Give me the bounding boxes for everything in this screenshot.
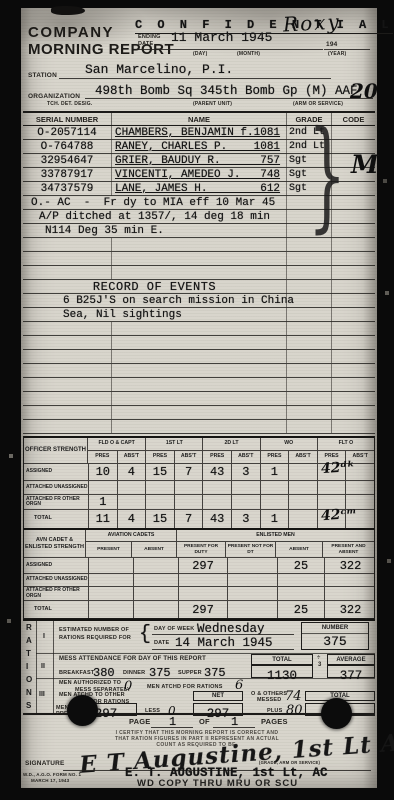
value-cell: 1 (260, 510, 289, 528)
officer-group-header-row: FLD O & CAPT 1ST LT 2D LT WO FLT O (88, 438, 374, 451)
value-cell (288, 464, 317, 480)
value-cell: 322 (324, 601, 376, 618)
row-label: ATTACHED UNASSIGNED (24, 481, 88, 494)
pres-header: PRES (202, 451, 231, 463)
blank-cell (331, 266, 375, 279)
value-cell: 10 (88, 464, 117, 480)
value-cell: 3 (231, 464, 260, 480)
enlisted-attached-fr-other-row: ATTACHED FR OTHER ORGN (24, 587, 374, 601)
average-label: AVERAGE (328, 655, 374, 663)
blank-cell (286, 420, 331, 433)
rations-vertical-letter: T (26, 650, 31, 658)
blank-cell (286, 336, 331, 349)
blank-cell (111, 252, 286, 265)
value-cell (227, 601, 277, 618)
enlisted-total-row: TOTAL 297 25 322 (24, 601, 374, 618)
enlisted-subheader-row: PRESENT ABSENT PRESENT FOR DUTY PRESENT … (86, 542, 374, 557)
total-label: TOTAL (252, 655, 312, 663)
row-label: ASSIGNED (24, 558, 88, 573)
ruled-row (23, 336, 375, 350)
blank-cell (331, 294, 375, 308)
ruled-row (23, 406, 375, 420)
value-cell (288, 510, 317, 528)
rule-line (324, 49, 370, 50)
month-hint: (MONTH) (237, 52, 260, 58)
blank-cell (111, 392, 286, 405)
ruled-row (23, 266, 375, 280)
average-label-box: AVERAGE (327, 654, 375, 665)
value-cell (117, 481, 146, 494)
ruled-row (23, 392, 375, 406)
pages-number: 1 (231, 715, 238, 729)
enlisted-strength-label: AVN CADET & ENLISTED STRENGTH (24, 530, 86, 557)
blank-cell (23, 322, 111, 335)
blank-cell (111, 406, 286, 419)
mess-attendance-heading: MESS ATTENDANCE FOR DAY OF THIS REPORT (59, 656, 206, 663)
value-cell (231, 481, 260, 494)
plus-label: PLUS (267, 708, 282, 714)
form-number-line2: MARCH 17, 1943 (31, 778, 69, 783)
group-header: 1ST LT (145, 438, 202, 450)
value-cell (88, 574, 133, 586)
year-stub: 194 (326, 41, 337, 48)
blank-cell (331, 280, 375, 294)
remark-text: N114 Deg 35 min E. (23, 224, 286, 238)
handwritten-brace: } (308, 116, 346, 236)
abst-header: ABS'T (288, 451, 317, 463)
signature-label: SIGNATURE (25, 760, 65, 767)
mess-separately-value: 0 (124, 679, 132, 694)
blank-cell (23, 392, 111, 405)
ruled-row (23, 350, 375, 364)
station-label: STATION (28, 72, 57, 79)
value-cell (227, 587, 277, 600)
station-value: San Marcelino, P.I. (85, 62, 233, 77)
abst-header: ABS'T (117, 451, 146, 463)
ruled-row (23, 252, 375, 266)
handwritten-code-m: M (351, 150, 379, 179)
value-cell (345, 481, 374, 494)
name-cell: LANE, JAMES H. 612 (111, 182, 286, 196)
col-header: ABSENT (131, 542, 176, 557)
value-cell (88, 481, 117, 494)
handwritten-flt-o-total: 42ᶜᵐ (320, 506, 357, 524)
value-cell: 11 (88, 510, 117, 528)
value-cell (288, 481, 317, 494)
remark-text: O.- AC - Fr dy to MIA eff 10 Mar 45 (23, 196, 286, 210)
total-label-box: TOTAL (251, 654, 313, 665)
blank-cell (23, 364, 111, 377)
remark-text: A/P ditched at 1357/, 14 deg 18 min (23, 210, 286, 224)
group-header: FLD O & CAPT (88, 438, 145, 450)
rule-line (36, 621, 37, 713)
blank-cell (23, 336, 111, 349)
group-header: AVIATION CADETS (86, 530, 176, 541)
organization-label: ORGANIZATION (28, 93, 80, 100)
men-present-value: 297 (95, 707, 118, 721)
blank-cell (111, 266, 286, 279)
value-cell (202, 495, 231, 509)
number-value: 375 (302, 634, 368, 649)
ruled-row (23, 364, 375, 378)
organization-value: 498th Bomb Sq 345th Bomb Gp (M) AAF (95, 84, 358, 98)
rations-estimate-label2: RATIONS REQUIRED FOR (59, 635, 131, 641)
rule-line (85, 98, 373, 99)
authorized-label1: MEN AUTHORIZED TO (59, 680, 121, 686)
value-cell (88, 601, 133, 618)
blank-cell (331, 378, 375, 391)
blank-cell (111, 336, 286, 349)
value-cell: 3 (231, 510, 260, 528)
net-value: 297 (207, 707, 230, 721)
mess-total-box: 1130 (251, 665, 313, 678)
rations-vertical-letter: I (26, 663, 28, 671)
day-hint: (DAY) (193, 52, 207, 58)
name-cell: VINCENTI, AMEDEO J. 748 (111, 168, 286, 182)
blank-cell (331, 350, 375, 363)
dinner-value: 375 (149, 666, 171, 680)
value-cell: 297 (178, 558, 227, 573)
rations-date-label: DATE (154, 640, 169, 646)
group-header: WO (260, 438, 317, 450)
rule-line (36, 653, 375, 654)
rule-line (59, 78, 331, 79)
value-cell (174, 481, 203, 494)
section-numeral: II (41, 663, 45, 670)
net-label-box: NET (193, 691, 243, 701)
date-label: DATE (138, 41, 153, 47)
supper-value: 375 (204, 666, 226, 680)
enlisted-strength-header: AVN CADET & ENLISTED STRENGTH AVIATION C… (24, 530, 374, 558)
value-cell (133, 601, 178, 618)
section-numeral: III (39, 691, 45, 698)
report-date-value: 11 March 1945 (171, 30, 272, 45)
blank-cell (286, 266, 331, 279)
year-hint: (YEAR) (328, 52, 346, 58)
rations-date-value: 14 March 1945 (175, 636, 273, 650)
atchd-for-rations-label: MEN ATCHD FOR RATIONS (147, 684, 223, 690)
less-label: LESS (145, 708, 160, 714)
plus-value: 80 (286, 703, 303, 718)
pres-header: PRES (260, 451, 289, 463)
blank-cell (331, 308, 375, 322)
handwritten-corner-note: Roxy (282, 10, 341, 37)
rations-vertical-letter: R (26, 624, 32, 632)
blank-cell (286, 308, 331, 322)
number-box: NUMBER 375 (301, 622, 369, 650)
rations-vertical-letter: O (26, 676, 32, 684)
ruled-row (23, 420, 375, 434)
name-cell: CHAMBERS, BENJAMIN f.1081 (111, 126, 286, 140)
blank-cell (286, 350, 331, 363)
serial-number: O-2057114 (23, 126, 111, 140)
blank-cell (331, 406, 375, 419)
officer-attached-unassigned-row: ATTACHED UNASSIGNED (24, 481, 374, 495)
ending-label: ENDING (138, 34, 161, 40)
value-cell (277, 587, 324, 600)
routing-stamp: WD COPY THRU MRU OR SCU (137, 779, 298, 789)
blank-cell (111, 238, 286, 251)
blank-cell (286, 406, 331, 419)
blank-cell (331, 322, 375, 335)
page-label: PAGE (129, 718, 151, 727)
ruled-row (23, 378, 375, 392)
record-of-events-title-row: RECORD OF EVENTS (23, 280, 375, 294)
value-cell (231, 495, 260, 509)
value-cell (227, 574, 277, 586)
blank-cell (23, 378, 111, 391)
col-header: PRESENT FOR DUTY (176, 542, 225, 557)
blank-cell (23, 252, 111, 265)
dinner-label: DINNER (123, 670, 145, 676)
scan-speckles (0, 0, 2, 2)
blank-cell (23, 266, 111, 279)
value-cell (260, 495, 289, 509)
rule-line (53, 621, 54, 713)
handwritten-organization-number: 20 (350, 79, 378, 103)
parent-unit-hint: (PARENT UNIT) (193, 102, 232, 108)
value-cell: 4 (117, 510, 146, 528)
punch-hole-left (67, 695, 98, 726)
rations-vertical-letter: N (26, 689, 32, 697)
net-label: NET (194, 692, 242, 699)
row-label: TOTAL (24, 510, 88, 528)
divide-symbol: ÷ (317, 655, 321, 662)
value-cell: 25 (277, 558, 324, 573)
value-cell: 7 (174, 464, 203, 480)
abst-header: ABS'T (174, 451, 203, 463)
value-cell (324, 587, 376, 600)
enlisted-strength-table: AVN CADET & ENLISTED STRENGTH AVIATION C… (23, 528, 375, 619)
rations-estimate-label1: ESTIMATED NUMBER OF (59, 627, 129, 633)
blank-cell (286, 294, 331, 308)
value-cell: 4 (117, 464, 146, 480)
rations-vertical-letter: A (26, 637, 32, 645)
name-cell: RANEY, CHARLES P. 1081 (111, 140, 286, 154)
group-header: 2D LT (202, 438, 259, 450)
grade-hint: (GRADE, ARM OR SERVICE) (259, 761, 320, 766)
abst-header: ABS'T (231, 451, 260, 463)
pres-header: PRES (145, 451, 174, 463)
record-of-events-row: Sea, Nil sightings (23, 308, 375, 322)
mess-average-value: 377 (340, 669, 363, 683)
blank-cell (286, 252, 331, 265)
ruled-row (23, 322, 375, 336)
document-paper: C O N F I D E N T I A L Roxy COMPANY MOR… (21, 8, 377, 788)
row-label: ASSIGNED (24, 464, 88, 480)
value-cell (145, 495, 174, 509)
rule-line (152, 634, 294, 635)
blank-cell (111, 364, 286, 377)
value-cell (133, 587, 178, 600)
blank-cell (331, 336, 375, 349)
serial-number: O-764788 (23, 140, 111, 154)
blank-cell (111, 420, 286, 433)
blank-cell (23, 406, 111, 419)
value-cell (324, 574, 376, 586)
enlisted-assigned-row: ASSIGNED 297 25 322 (24, 558, 374, 574)
blank-cell (286, 392, 331, 405)
others-messed-value: 74 (285, 689, 302, 704)
blank-cell (23, 238, 111, 251)
roster-header-name: NAME (111, 113, 286, 126)
blank-cell (286, 364, 331, 377)
blank-cell (286, 280, 331, 294)
of-label: OF (199, 718, 210, 727)
officer-strength-label: OFFICER STRENGTH (24, 438, 88, 463)
row-label: ATTACHED FR OTHER ORGN (24, 587, 88, 600)
blank-cell (23, 350, 111, 363)
pages-label: PAGES (261, 718, 288, 727)
value-cell (178, 574, 227, 586)
group-header: ENLISTED MEN (176, 530, 374, 541)
rule-line (136, 49, 323, 50)
value-cell: 1 (88, 495, 117, 509)
row-label: ATTACHED FR OTHER ORGN (24, 495, 88, 509)
blank-cell (331, 252, 375, 265)
value-cell (227, 558, 277, 573)
event-text: 6 B25J'S on search mission in China (23, 294, 286, 308)
value-cell: 43 (202, 510, 231, 528)
value-cell (317, 481, 346, 494)
serial-number: 34737579 (23, 182, 111, 196)
blank-cell (23, 420, 111, 433)
blank-cell (331, 420, 375, 433)
mess-average-box: 377 (327, 665, 375, 678)
value-cell: 322 (324, 558, 376, 573)
blank-cell (286, 322, 331, 335)
punch-hole-right (321, 698, 352, 729)
rations-vertical-letter: S (26, 702, 31, 710)
mess-total-value: 1130 (267, 669, 297, 683)
supper-label: SUPPER (178, 670, 202, 676)
value-cell: 25 (277, 601, 324, 618)
roster-header-serial: SERIAL NUMBER (23, 113, 111, 126)
enlisted-attached-unassigned-row: ATTACHED UNASSIGNED (24, 574, 374, 587)
col-header: PRESENT AND ABSENT (322, 542, 374, 557)
blank-cell (331, 392, 375, 405)
value-cell (88, 558, 133, 573)
blank-cell (111, 378, 286, 391)
serial-number: 33787917 (23, 168, 111, 182)
value-cell (117, 495, 146, 509)
tch-det-hint: TCH. DET. DESIG. (47, 102, 92, 108)
page-number: 1 (169, 715, 176, 729)
name-cell: GRIER, BAUDUY R. 757 (111, 154, 286, 168)
event-text: Sea, Nil sightings (23, 308, 286, 322)
blank-cell (111, 322, 286, 335)
enlisted-group-header-row: AVIATION CADETS ENLISTED MEN (86, 530, 374, 542)
others-messed-label2: MESSED (257, 697, 281, 703)
value-cell: 7 (174, 510, 203, 528)
blank-cell (331, 364, 375, 377)
blank-cell (286, 378, 331, 391)
group-header: FLT O (317, 438, 374, 450)
col-header: ABSENT (275, 542, 322, 557)
value-cell (277, 574, 324, 586)
value-cell: 297 (178, 601, 227, 618)
record-of-events-row: 6 B25J'S on search mission in China (23, 294, 375, 308)
col-header: PRESENT NOT FOR DT (225, 542, 275, 557)
value-cell (133, 574, 178, 586)
pres-header: PRES (88, 451, 117, 463)
section-numeral: I (43, 633, 45, 640)
value-cell (178, 587, 227, 600)
value-cell (288, 495, 317, 509)
value-cell (88, 587, 133, 600)
value-cell (133, 558, 178, 573)
row-label: TOTAL (24, 601, 88, 618)
row-label: ATTACHED UNASSIGNED (24, 574, 88, 586)
scan-blotch (51, 6, 85, 15)
breakfast-value: 380 (93, 666, 115, 680)
value-cell (145, 481, 174, 494)
value-cell (202, 481, 231, 494)
record-of-events-title: RECORD OF EVENTS (23, 280, 286, 294)
serial-number: 32954647 (23, 154, 111, 168)
value-cell: 15 (145, 464, 174, 480)
col-header: PRESENT (86, 542, 131, 557)
number-label: NUMBER (302, 623, 368, 634)
divide-by-three: 3 (318, 662, 322, 669)
form-title-line1: COMPANY (28, 25, 114, 42)
day-of-week-label: DAY OF WEEK (154, 626, 194, 632)
blank-cell (111, 350, 286, 363)
scanned-morning-report: C O N F I D E N T I A L Roxy COMPANY MOR… (0, 0, 394, 800)
value-cell (174, 495, 203, 509)
brace-glyph: { (139, 623, 151, 646)
handwritten-flt-o-assigned: 42ᵈᵏ (320, 459, 355, 477)
value-cell: 43 (202, 464, 231, 480)
rule-line (152, 649, 294, 650)
value-cell: 15 (145, 510, 174, 528)
form-number-line1: W.D., A.G.O. FORM NO. 1 (23, 772, 81, 777)
breakfast-label: BREAKFAST (59, 670, 94, 676)
value-cell (260, 481, 289, 494)
value-cell: 1 (260, 464, 289, 480)
